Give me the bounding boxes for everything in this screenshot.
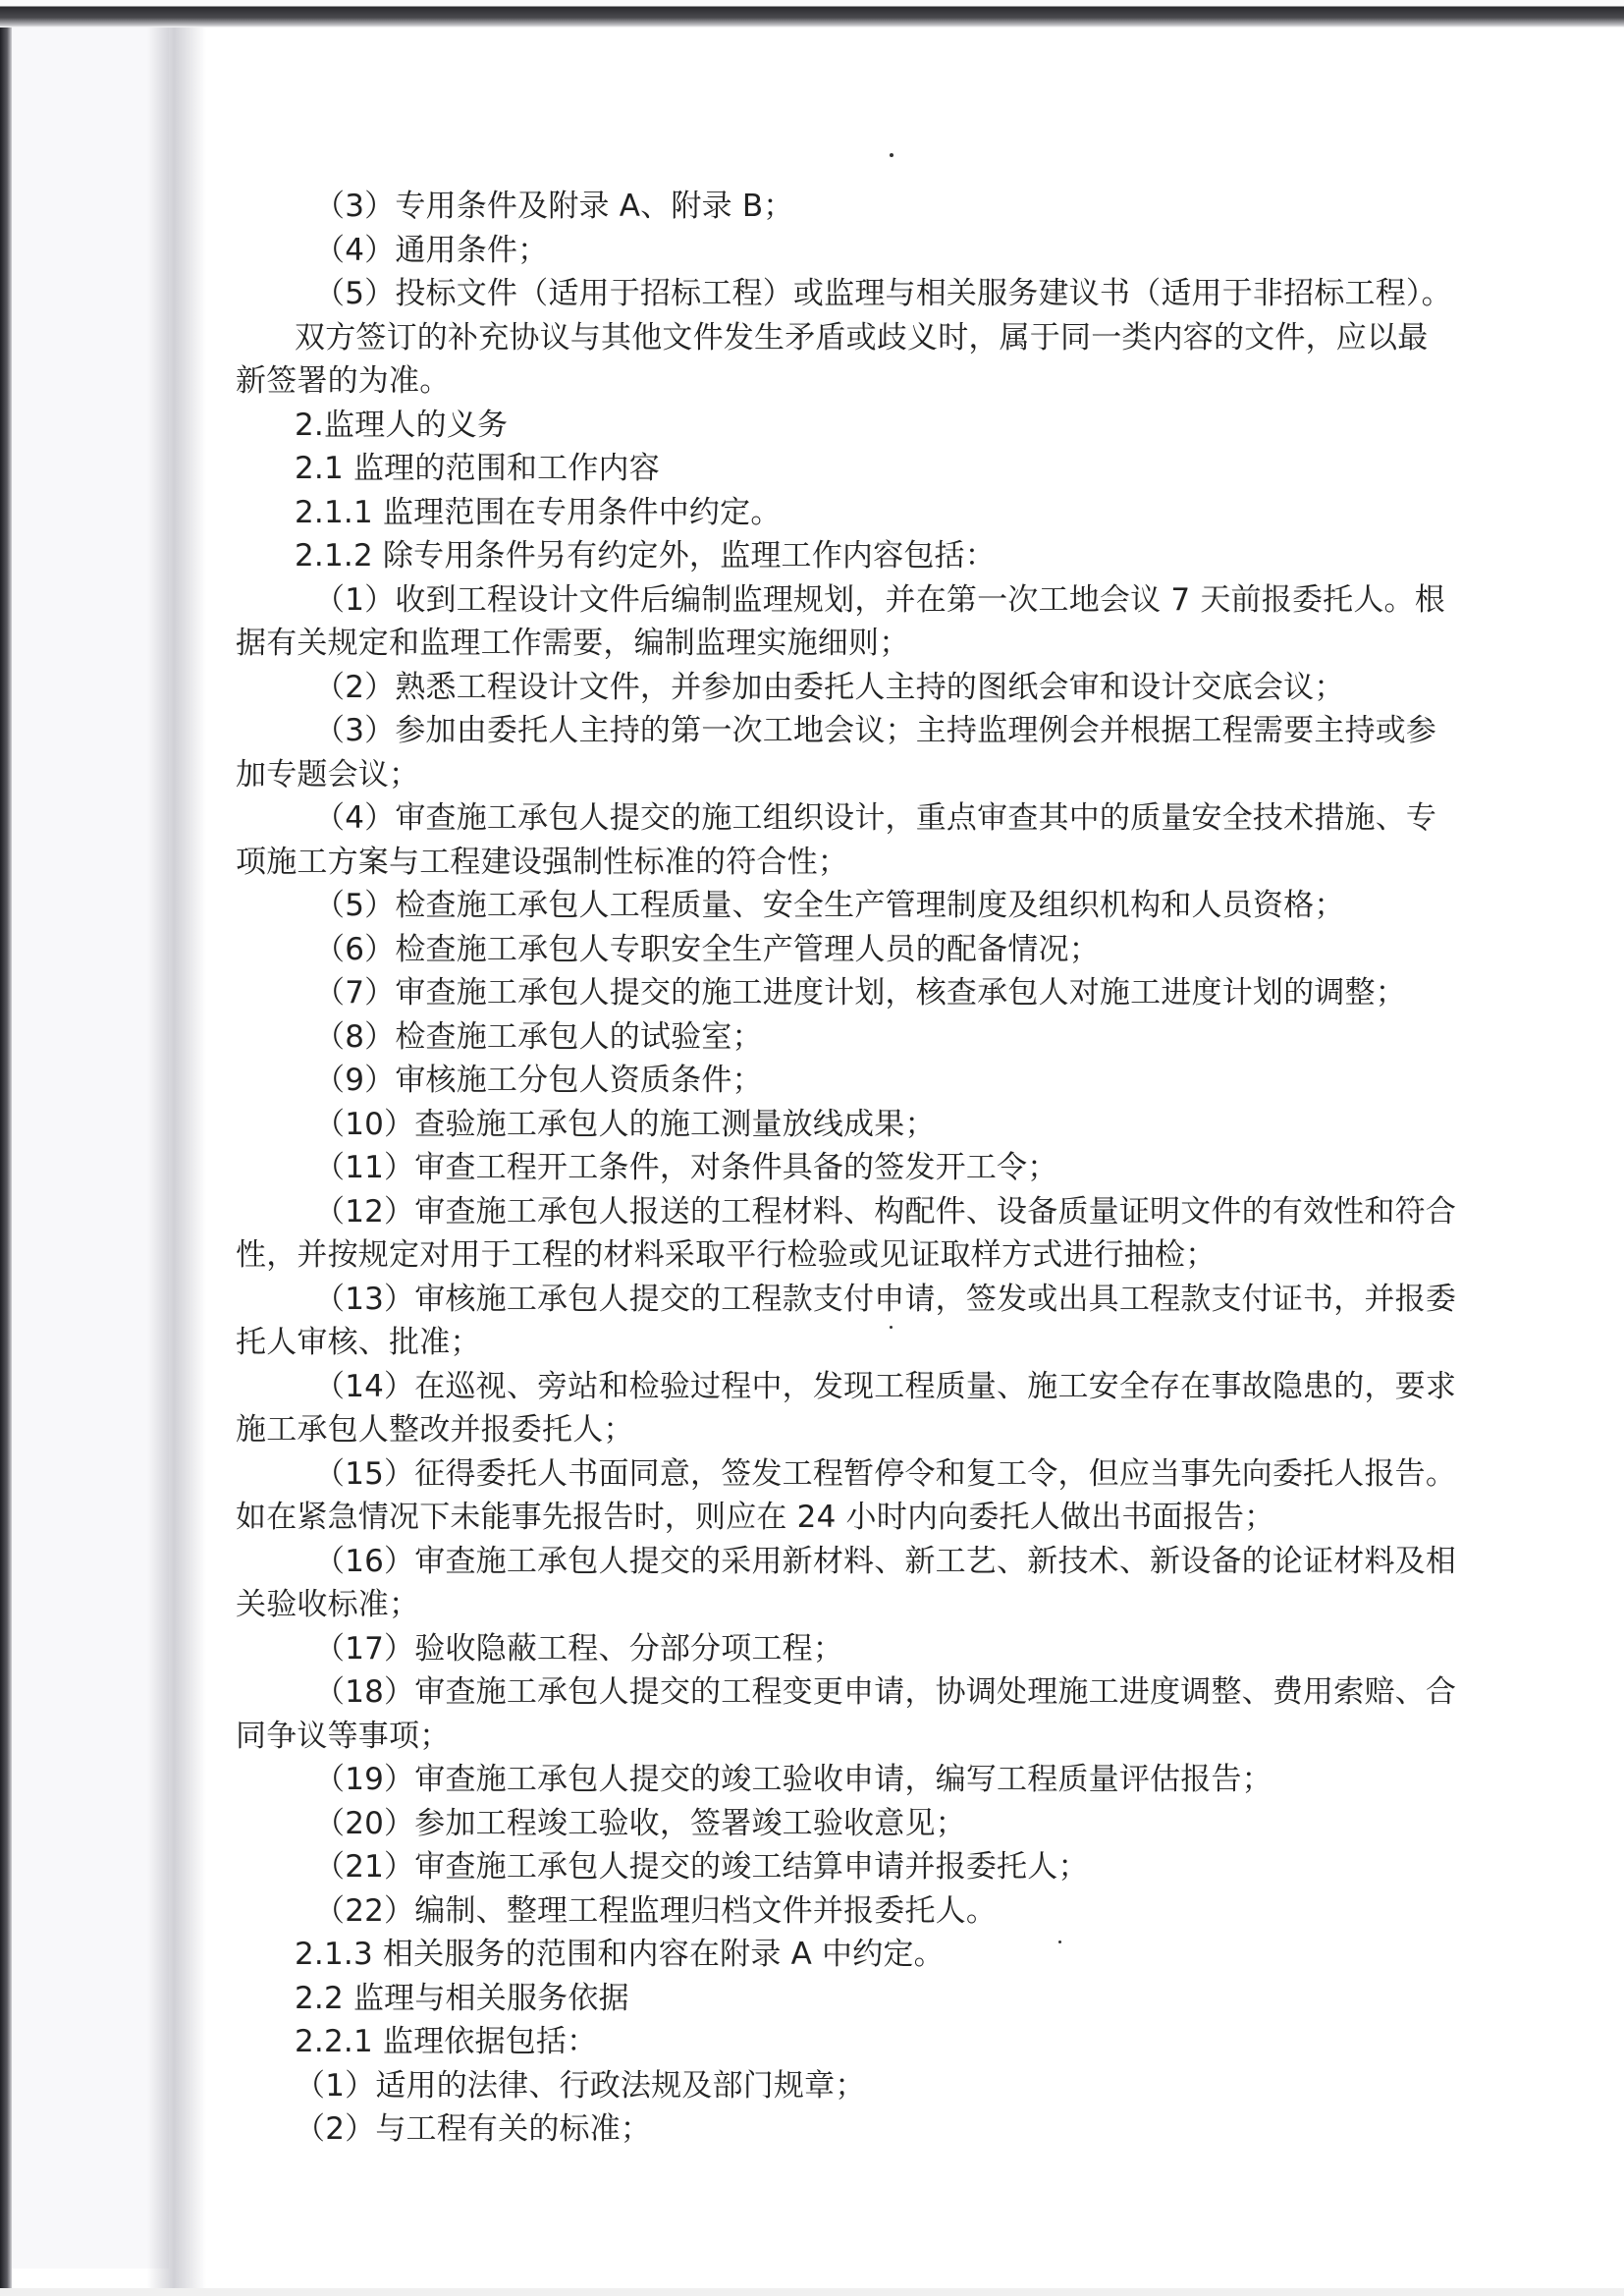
document-line: （11）审查工程开工条件，对条件具备的签发开工令； <box>236 1146 1507 1190</box>
document-line: （16）审查施工承包人提交的采用新材料、新工艺、新技术、新设备的论证材料及相 <box>236 1540 1507 1584</box>
document-line: 2.1.2 除专用条件另有约定外，监理工作内容包括： <box>236 534 1507 578</box>
scan-left-edge <box>0 0 12 2296</box>
scan-bottom-edge <box>0 2288 1624 2296</box>
document-line: 2.1.3 相关服务的范围和内容在附录 A 中约定。 <box>236 1933 1507 1977</box>
document-line: （12）审查施工承包人报送的工程材料、构配件、设备质量证明文件的有效性和符合 <box>236 1190 1507 1234</box>
document-line: （9）审核施工分包人资质条件； <box>236 1059 1507 1103</box>
document-line: 同争议等事项； <box>236 1715 1507 1759</box>
document-line: 新签署的为准。 <box>236 359 1507 404</box>
document-line: （2）与工程有关的标准； <box>236 2107 1507 2152</box>
document-line: （4）审查施工承包人提交的施工组织设计，重点审查其中的质量安全技术措施、专 <box>236 796 1507 841</box>
document-line: （6）检查施工承包人专职安全生产管理人员的配备情况； <box>236 928 1507 972</box>
document-line: （15）征得委托人书面同意，签发工程暂停令和复工令，但应当事先向委托人报告。 <box>236 1452 1507 1497</box>
document-line: （3）专用条件及附录 A、附录 B； <box>236 185 1507 229</box>
document-line: 据有关规定和监理工作需要，编制监理实施细则； <box>236 622 1507 666</box>
scan-top-edge <box>0 0 1624 27</box>
document-line: （8）检查施工承包人的试验室； <box>236 1015 1507 1060</box>
document-line: 2.1.1 监理范围在专用条件中约定。 <box>236 491 1507 535</box>
document-line: （1）适用的法律、行政法规及部门规章； <box>236 2064 1507 2108</box>
document-line: （4）通用条件； <box>236 229 1507 273</box>
document-line: 托人审核、批准； <box>236 1321 1507 1365</box>
document-line: （22）编制、整理工程监理归档文件并报委托人。 <box>236 1889 1507 1934</box>
document-line: （19）审查施工承包人提交的竣工验收申请，编写工程质量评估报告； <box>236 1758 1507 1802</box>
document-line: 2.2 监理与相关服务依据 <box>236 1977 1507 2021</box>
document-line: （21）审查施工承包人提交的竣工结算申请并报委托人； <box>236 1845 1507 1889</box>
document-line: 2.监理人的义务 <box>236 404 1507 448</box>
document-line: （5）检查施工承包人工程质量、安全生产管理制度及组织机构和人员资格； <box>236 884 1507 928</box>
document-line: （1）收到工程设计文件后编制监理规划，并在第一次工地会议 7 天前报委托人。根 <box>236 578 1507 623</box>
document-line: （7）审查施工承包人提交的施工进度计划，核查承包人对施工进度计划的调整； <box>236 971 1507 1015</box>
document-line: 如在紧急情况下未能事先报告时，则应在 24 小时内向委托人做出书面报告； <box>236 1496 1507 1540</box>
document-line: （17）验收隐蔽工程、分部分项工程； <box>236 1627 1507 1671</box>
document-line: （3）参加由委托人主持的第一次工地会议；主持监理例会并根据工程需要主持或参 <box>236 709 1507 753</box>
scan-speck <box>890 153 893 157</box>
document-line: 加专题会议； <box>236 753 1507 797</box>
document-line: 性，并按规定对用于工程的材料采取平行检验或见证取样方式进行抽检； <box>236 1233 1507 1278</box>
document-line: 2.1 监理的范围和工作内容 <box>236 447 1507 491</box>
document-line: （18）审查施工承包人提交的工程变更申请，协调处理施工进度调整、费用索赔、合 <box>236 1670 1507 1715</box>
document-line: （20）参加工程竣工验收，签署竣工验收意见； <box>236 1802 1507 1846</box>
book-fold-shadow <box>147 20 206 2296</box>
document-line: （14）在巡视、旁站和检验过程中，发现工程质量、施工安全存在事故隐患的，要求 <box>236 1365 1507 1409</box>
document-line: 关验收标准； <box>236 1583 1507 1627</box>
document-body: （3）专用条件及附录 A、附录 B；（4）通用条件；（5）投标文件（适用于招标工… <box>236 185 1507 2152</box>
document-line: 施工承包人整改并报委托人； <box>236 1408 1507 1452</box>
document-line: 项施工方案与工程建设强制性标准的符合性； <box>236 841 1507 885</box>
document-line: （10）查验施工承包人的施工测量放线成果； <box>236 1103 1507 1147</box>
document-line: 双方签订的补充协议与其他文件发生矛盾或歧义时，属于同一类内容的文件，应以最 <box>236 316 1507 360</box>
document-line: （5）投标文件（适用于招标工程）或监理与相关服务建议书（适用于非招标工程）。 <box>236 272 1507 316</box>
document-line: （13）审核施工承包人提交的工程款支付申请，签发或出具工程款支付证书，并报委 <box>236 1278 1507 1322</box>
adjacent-page-strip <box>12 20 169 2269</box>
document-line: 2.2.1 监理依据包括： <box>236 2020 1507 2064</box>
document-line: （2）熟悉工程设计文件，并参加由委托人主持的图纸会审和设计交底会议； <box>236 666 1507 710</box>
